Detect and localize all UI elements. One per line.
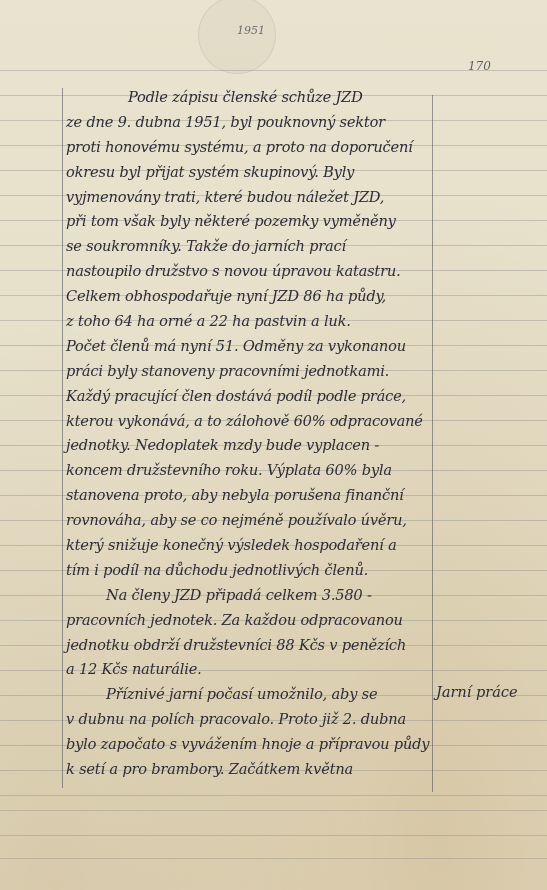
text-line: Podle zápisu členské schůze JZD	[66, 86, 432, 111]
text-line: k setí a pro brambory. Začátkem května	[66, 758, 432, 783]
text-line: Každý pracující člen dostává podíl podle…	[66, 385, 432, 410]
text-line: jednotky. Nedoplatek mzdy bude vyplacen …	[66, 434, 432, 459]
text-line: stanovena proto, aby nebyla porušena fin…	[66, 484, 432, 509]
text-line: bylo započato s vyvážením hnoje a přípra…	[66, 733, 432, 758]
text-line: koncem družstevního roku. Výplata 60% by…	[66, 459, 432, 484]
ruled-line	[0, 795, 547, 796]
text-line: ze dne 9. dubna 1951, byl pouknovný sekt…	[66, 111, 432, 136]
margin-note: Jarní práce	[436, 685, 518, 701]
text-line: kterou vykonává, a to zálohově 60% odpra…	[66, 410, 432, 435]
text-line: který snižuje konečný výsledek hospodaře…	[66, 534, 432, 559]
text-line: pracovních jednotek. Za každou odpracova…	[66, 609, 432, 634]
stamp-year: 1951	[237, 24, 265, 37]
text-line: se soukromníky. Takže do jarních prací	[66, 235, 432, 260]
ruled-line	[0, 810, 547, 811]
archive-stamp	[198, 0, 276, 74]
text-line: proti honovému systému, a proto na dopor…	[66, 136, 432, 161]
text-line: Celkem obhospodařuje nyní JZD 86 ha půdy…	[66, 285, 432, 310]
text-line: Počet členů má nyní 51. Odměny za vykona…	[66, 335, 432, 360]
text-line: jednotku obdrží družstevníci 88 Kčs v pe…	[66, 634, 432, 659]
text-line: vyjmenovány trati, které budou náležet J…	[66, 186, 432, 211]
document-page: 1951 170 Podle zápisu členské schůze JZD…	[0, 0, 547, 890]
text-line: Na členy JZD připadá celkem 3.580 -	[66, 584, 432, 609]
left-margin-line	[62, 88, 63, 788]
text-line: práci byly stanoveny pracovními jednotka…	[66, 360, 432, 385]
ruled-line	[0, 70, 547, 71]
text-line: rovnováha, aby se co nejméně používalo ú…	[66, 509, 432, 534]
text-line: Příznivé jarní počasí umožnilo, aby se	[66, 683, 432, 708]
right-margin-line	[432, 95, 433, 792]
text-line: okresu byl přijat systém skupinový. Byly	[66, 161, 432, 186]
ruled-line	[0, 858, 547, 859]
handwritten-text: Podle zápisu členské schůze JZD ze dne 9…	[66, 86, 432, 783]
text-line: nastoupilo družstvo s novou úpravou kata…	[66, 260, 432, 285]
text-line: v dubnu na polích pracovalo. Proto již 2…	[66, 708, 432, 733]
text-line: tím i podíl na důchodu jednotlivých člen…	[66, 559, 432, 584]
text-line: a 12 Kčs naturálie.	[66, 658, 432, 683]
ruled-line	[0, 835, 547, 836]
text-line: z toho 64 ha orné a 22 ha pastvin a luk.	[66, 310, 432, 335]
text-line: při tom však byly některé pozemky vyměně…	[66, 210, 432, 235]
